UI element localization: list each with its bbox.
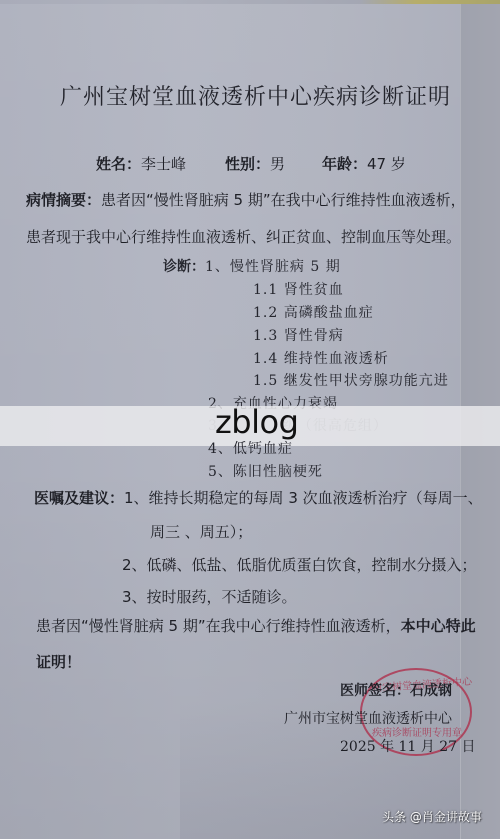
advice-item-3: 3、按时服药，不适随诊。 [122,588,297,606]
diagnosis-item-5: 5、陈旧性脑梗死 [208,463,323,481]
certification-line-1: 患者因“慢性肾脏病 5 期”在我中心行维持性血液透析，本中心特此 [36,617,476,635]
age-label: 年龄： [322,155,367,173]
age-value: 47 岁 [367,155,406,173]
summary-line-2: 患者现于我中心行维持性血液透析、纠正贫血、控制血压等处理。 [26,228,461,246]
doctor-label: 医师签名： [340,683,410,699]
institution-name: 广州市宝树堂血液透析中心 [284,710,452,728]
diagnosis-item-1: 诊断：1、慢性肾脏病 5 期 [163,258,341,276]
summary-line-1: 病情摘要：患者因“慢性肾脏病 5 期”在我中心行维持性血液透析， [26,191,466,209]
advice-label: 医嘱及建议： [34,489,124,507]
gender-label: 性别： [225,155,270,173]
name-label: 姓名： [96,155,141,173]
diagnosis-item-1-5: 1.5 继发性甲状旁腺功能亢进 [253,372,449,390]
diagnosis-item-4: 4、低钙血症 [208,440,293,458]
diagnosis-text: 1、慢性肾脏病 5 期 [205,259,341,275]
diagnosis-item-1-4: 1.4 维持性血液透析 [253,350,389,368]
certification-bold-text: 本中心特此 [401,617,476,635]
overlay-banner-text: zblog [215,402,298,442]
patient-gender: 性别：男 [225,153,285,174]
doctor-signature: 医师签名：石成钢 [340,682,452,700]
advice-item-1: 医嘱及建议：1、维持长期稳定的每周 3 次血液透析治疗（每周一、 [34,489,483,507]
advice-item-1-line-2: 周三 、周五）； [150,523,252,541]
doctor-name: 石成钢 [410,683,452,699]
diagnosis-item-1-1: 1.1 肾性贫血 [253,281,344,299]
patient-age: 年龄：47 岁 [322,153,406,174]
certification-text: 患者因“慢性肾脏病 5 期”在我中心行维持性血液透析， [36,617,401,635]
diagnosis-item-1-2: 1.2 高磷酸盐血症 [253,304,374,322]
advice-item-2: 2、低磷、低盐、低脂优质蛋白饮食，控制水分摄入； [122,556,477,574]
certification-line-2: 证明！ [36,653,81,671]
diagnosis-item-1-3: 1.3 肾性骨病 [253,327,344,345]
gender-value: 男 [270,155,285,173]
diagnosis-label: 诊断： [163,259,205,275]
source-watermark: 头条 @肖金讲故事 [382,808,482,825]
advice-item-1-line-1: 1、维持长期稳定的每周 3 次血液透析治疗（每周一、 [124,489,483,507]
document-title: 广州宝树堂血液透析中心疾病诊断证明 [60,80,451,111]
patient-name: 姓名：李士峰 [96,153,186,174]
summary-label: 病情摘要： [26,191,101,209]
summary-text-1: 患者因“慢性肾脏病 5 期”在我中心行维持性血液透析， [101,191,466,209]
name-value: 李士峰 [141,155,186,173]
issue-date: 2025 年 11 月 27 日 [340,738,476,756]
